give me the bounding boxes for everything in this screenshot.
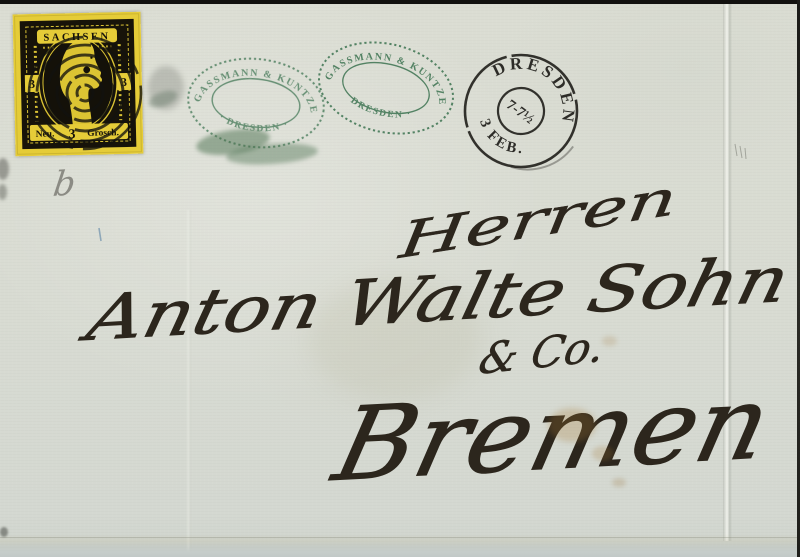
blue-tick-mark [99, 228, 101, 241]
merchant-city-arc: DRESDEN · [347, 95, 415, 126]
foxing-stain [548, 408, 596, 442]
dresden-postmark: DRESDEN 3 FEB. 7-7½ [443, 31, 606, 193]
svg-text:GASSMANN & KUNTZE: GASSMANN & KUNTZE [192, 61, 324, 116]
markings-overlay: GASSMANN & KUNTZE · DRESDEN · GASSMANN &… [0, 0, 800, 557]
foxing-stain [612, 478, 626, 487]
pencil-mark-b: b [51, 163, 78, 205]
merchant-name-arc: GASSMANN & KUNTZE [192, 61, 324, 116]
faint-scribbles [735, 144, 746, 159]
merchant-oval-stamp-2: GASSMANN & KUNTZE DRESDEN · [310, 30, 462, 146]
postal-cover-photo: SACHSEN 3 3 Neu. 3 Grosch. [0, 0, 800, 557]
pencil-note: b [48, 163, 81, 205]
svg-text:DRESDEN ·: DRESDEN · [347, 95, 415, 126]
foxing-stain [602, 336, 617, 346]
postmark-time: 7-7½ [503, 97, 537, 128]
svg-text:DRESDEN: DRESDEN [484, 33, 598, 133]
postmark-city: DRESDEN [484, 33, 598, 133]
svg-text:GASSMANN & KUNTZE: GASSMANN & KUNTZE [322, 39, 456, 108]
foxing-stain [592, 446, 614, 461]
cancellation-rings [29, 37, 141, 149]
merchant-name-arc: GASSMANN & KUNTZE [322, 39, 456, 108]
handwritten-address: Herren Anton Walte Sohn & Co. Bremen [70, 169, 800, 505]
